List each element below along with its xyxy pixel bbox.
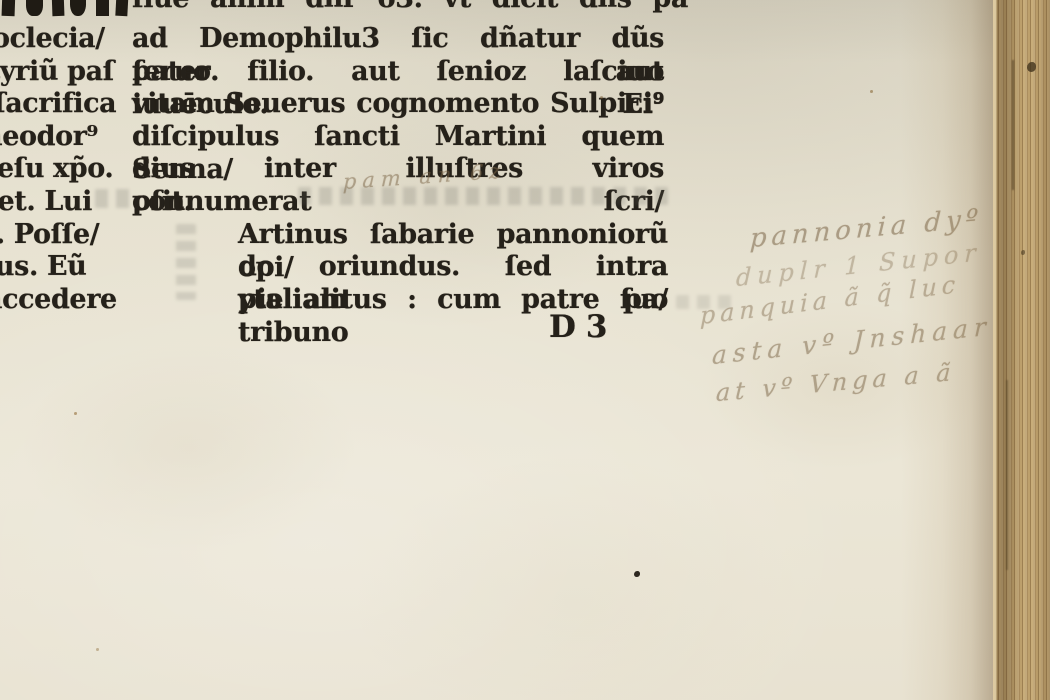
ink-showthrough	[95, 189, 135, 208]
fore-edge-speck	[1021, 250, 1025, 255]
fore-edge-streak	[1012, 60, 1014, 190]
fore-edge-streak	[1006, 380, 1008, 570]
fore-edge-speck	[1027, 62, 1036, 72]
large-type-stroke	[2, 0, 16, 16]
paper-speck	[96, 648, 99, 651]
left-column-line: pet. Lui	[0, 185, 92, 218]
text-line: pſit.	[132, 185, 193, 218]
left-column-line: accedere	[0, 283, 117, 316]
left-column-line: ieſu xp̃o.	[0, 152, 113, 185]
paper-speck	[600, 96, 603, 99]
clipped-headline-fragment	[0, 0, 132, 17]
page-edge-shadow	[901, 0, 993, 700]
large-type-stroke	[115, 0, 128, 16]
paper-speck	[74, 412, 77, 415]
ink-dot	[634, 571, 640, 577]
cropped-top-line: ſiue anim dñr o3. vt dicit dñs pa	[132, 0, 692, 15]
book-fore-edge	[993, 0, 1050, 700]
book-page-photo: { "colors": { "paper": "#e8e3d3", "ink":…	[0, 0, 1050, 700]
text-line: ſiue anim dñr o3. vt dicit dñs pa	[132, 0, 688, 15]
paper-speck	[870, 90, 873, 93]
large-type-stroke	[26, 0, 43, 16]
left-column-line: ſacrifica	[0, 87, 116, 120]
signature-mark: D 3	[549, 311, 607, 344]
left-column-line: s. Poſſe/	[0, 218, 99, 251]
left-column-line: rtyriũ paſ	[0, 55, 114, 88]
left-column-line: heodor⁹	[0, 120, 98, 153]
left-column-line: oclecia/	[0, 22, 105, 55]
large-type-stroke	[52, 0, 65, 16]
ink-showthrough	[176, 224, 196, 300]
large-type-stroke	[96, 0, 109, 16]
text-line: vitam Seuerus cognomento Sulpici⁹	[132, 87, 664, 120]
large-type-stroke	[70, 0, 86, 16]
left-column-line: tius. Eũ	[0, 250, 86, 283]
